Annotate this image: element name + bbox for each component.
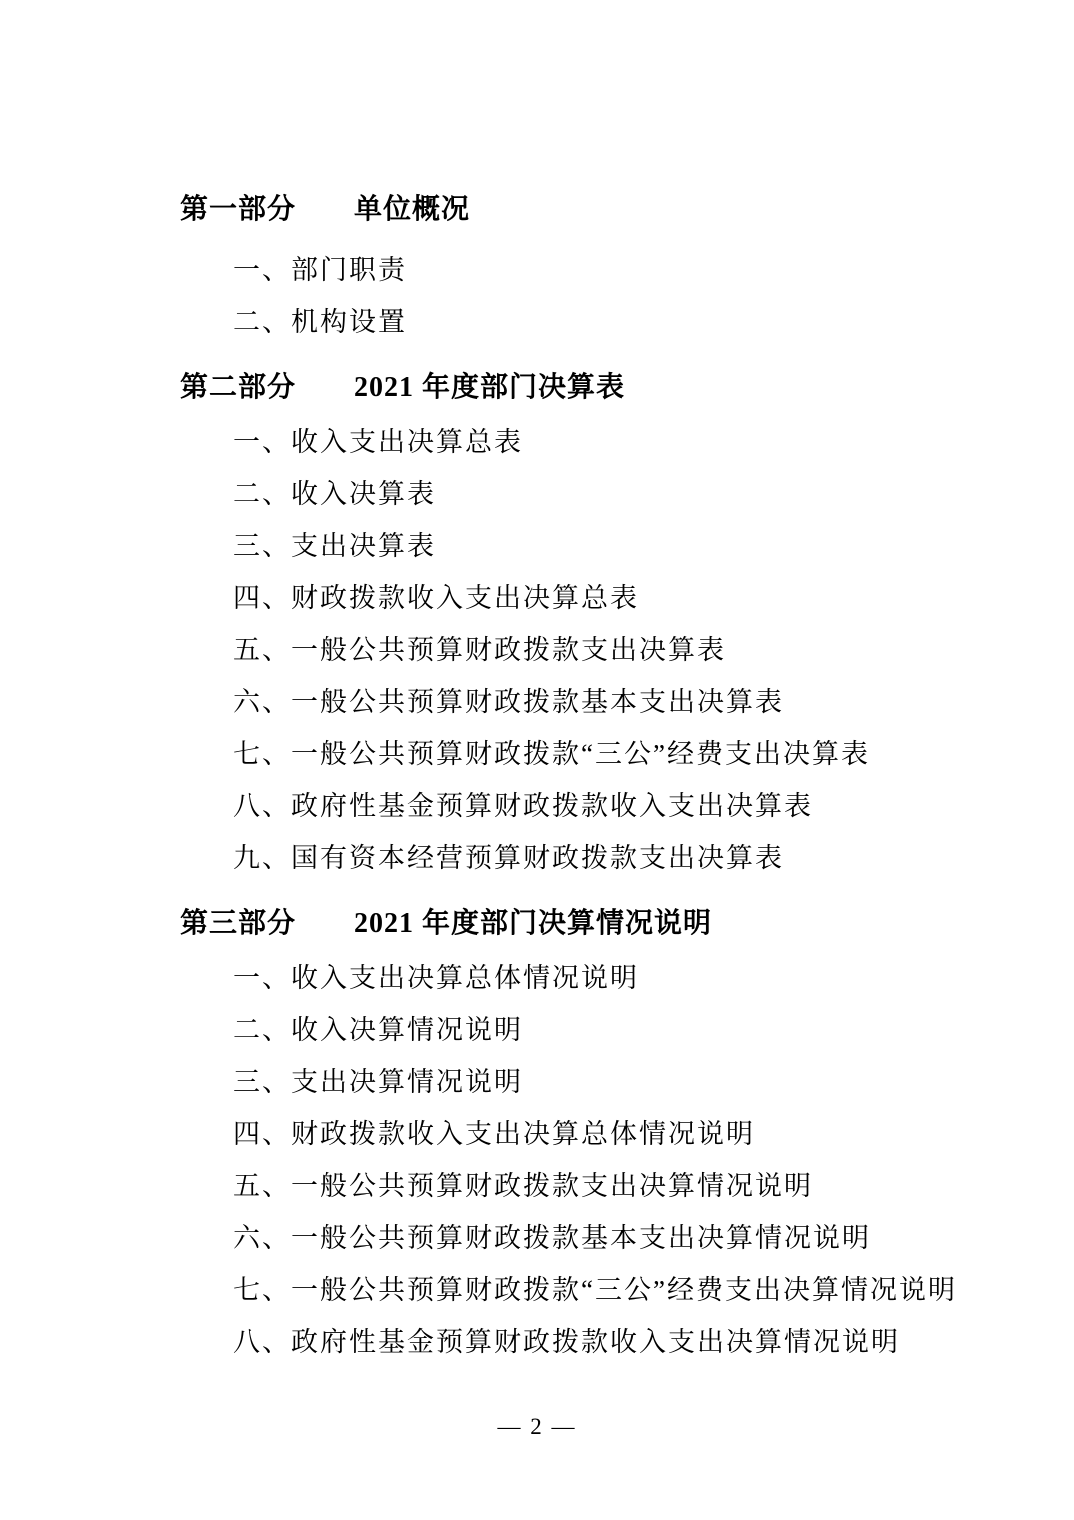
section-3-heading: 第三部分 2021 年度部门决算情况说明 bbox=[180, 906, 1034, 942]
toc-item: 四、财政拨款收入支出决算总体情况说明 bbox=[180, 1108, 1034, 1160]
section-3-items: 一、收入支出决算总体情况说明 二、收入决算情况说明 三、支出决算情况说明 四、财… bbox=[180, 952, 1034, 1368]
toc-item: 二、收入决算情况说明 bbox=[180, 1004, 1034, 1056]
section-2-items: 一、收入支出决算总表 二、收入决算表 三、支出决算表 四、财政拨款收入支出决算总… bbox=[180, 416, 1034, 884]
page-footer: — 2 — bbox=[0, 1412, 1074, 1442]
toc-item: 七、一般公共预算财政拨款“三公”经费支出决算情况说明 bbox=[180, 1264, 1034, 1316]
document-page: 第一部分 单位概况 一、部门职责 二、机构设置 第二部分 2021 年度部门决算… bbox=[0, 0, 1074, 1520]
toc-item: 八、政府性基金预算财政拨款收入支出决算表 bbox=[180, 780, 1034, 832]
toc-item: 三、支出决算情况说明 bbox=[180, 1056, 1034, 1108]
section-part-3: 第三部分 2021 年度部门决算情况说明 一、收入支出决算总体情况说明 二、收入… bbox=[180, 906, 1034, 1368]
toc-item: 六、一般公共预算财政拨款基本支出决算情况说明 bbox=[180, 1212, 1034, 1264]
toc-item: 七、一般公共预算财政拨款“三公”经费支出决算表 bbox=[180, 728, 1034, 780]
toc-item: 一、部门职责 bbox=[180, 244, 1034, 296]
toc-item: 三、支出决算表 bbox=[180, 520, 1034, 572]
section-1-items: 一、部门职责 二、机构设置 bbox=[180, 244, 1034, 348]
toc-item: 一、收入支出决算总表 bbox=[180, 416, 1034, 468]
toc-content: 第一部分 单位概况 一、部门职责 二、机构设置 第二部分 2021 年度部门决算… bbox=[0, 0, 1074, 1368]
toc-item: 九、国有资本经营预算财政拨款支出决算表 bbox=[180, 832, 1034, 884]
section-2-heading: 第二部分 2021 年度部门决算表 bbox=[180, 370, 1034, 406]
section-1-heading: 第一部分 单位概况 bbox=[180, 192, 1034, 228]
toc-item: 二、收入决算表 bbox=[180, 468, 1034, 520]
toc-item: 八、政府性基金预算财政拨款收入支出决算情况说明 bbox=[180, 1316, 1034, 1368]
section-part-2: 第二部分 2021 年度部门决算表 一、收入支出决算总表 二、收入决算表 三、支… bbox=[180, 370, 1034, 884]
toc-item: 五、一般公共预算财政拨款支出决算情况说明 bbox=[180, 1160, 1034, 1212]
toc-item: 二、机构设置 bbox=[180, 296, 1034, 348]
toc-item: 一、收入支出决算总体情况说明 bbox=[180, 952, 1034, 1004]
toc-item: 四、财政拨款收入支出决算总表 bbox=[180, 572, 1034, 624]
toc-item: 五、一般公共预算财政拨款支出决算表 bbox=[180, 624, 1034, 676]
toc-item: 六、一般公共预算财政拨款基本支出决算表 bbox=[180, 676, 1034, 728]
page-number: — 2 — bbox=[498, 1414, 577, 1439]
section-part-1: 第一部分 单位概况 一、部门职责 二、机构设置 bbox=[180, 192, 1034, 348]
